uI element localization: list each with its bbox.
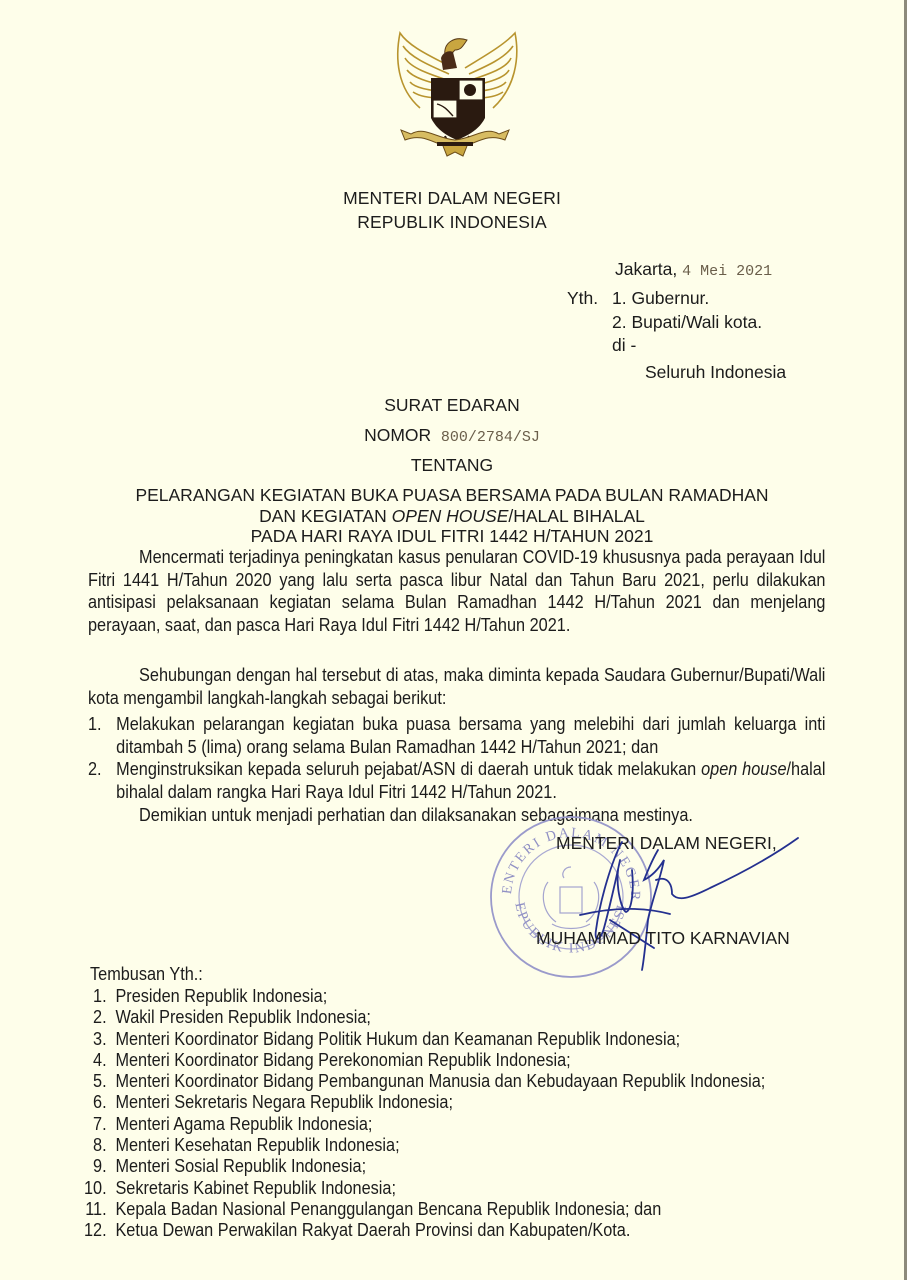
carbon-copy-number: 3. <box>82 1028 107 1049</box>
carbon-copy-item: 12.Ketua Dewan Perwakilan Rakyat Daerah … <box>82 1219 826 1240</box>
step-item: 1. Melakukan pelarangan kegiatan buka pu… <box>88 713 825 758</box>
body-paragraph-1-text: Mencermati terjadinya peningkatan kasus … <box>88 546 825 635</box>
document-type: SURAT EDARAN <box>0 395 904 416</box>
carbon-copy-item: 1.Presiden Republik Indonesia; <box>82 985 826 1006</box>
number-label: NOMOR <box>364 425 431 445</box>
carbon-copy-text: Menteri Sekretaris Negara Republik Indon… <box>115 1091 453 1112</box>
carbon-copy-number: 5. <box>82 1070 107 1091</box>
body-paragraph-2-text: Sehubungan dengan hal tersebut di atas, … <box>88 664 825 708</box>
step-text: Melakukan pelarangan kegiatan buka puasa… <box>116 713 825 757</box>
carbon-copy-text: Menteri Sosial Republik Indonesia; <box>115 1155 366 1176</box>
body-paragraph-2: Sehubungan dengan hal tersebut di atas, … <box>88 664 825 709</box>
garuda-emblem-icon <box>375 28 535 163</box>
carbon-copy-item: 3.Menteri Koordinator Bidang Politik Huk… <box>82 1028 826 1049</box>
carbon-copy-item: 11.Kepala Badan Nasional Penanggulangan … <box>82 1198 826 1219</box>
carbon-copy-number: 6. <box>82 1091 107 1112</box>
carbon-copy-number: 12. <box>82 1219 107 1240</box>
step-number: 1. <box>88 713 102 736</box>
addressee-di: di - <box>612 335 636 356</box>
subject-line2-pre: DAN KEGIATAN <box>259 506 392 526</box>
carbon-copy-text: Menteri Koordinator Bidang Pembangunan M… <box>115 1070 765 1091</box>
closing-paragraph: Demikian untuk menjadi perhatian dan dil… <box>88 804 825 827</box>
carbon-copy-label: Tembusan Yth.: <box>90 963 203 985</box>
carbon-copy-text: Menteri Kesehatan Republik Indonesia; <box>115 1134 399 1155</box>
addressee-item-2: 2. Bupati/Wali kota. <box>612 312 762 333</box>
subject-line1: PELARANGAN KEGIATAN BUKA PUASA BERSAMA P… <box>0 485 904 505</box>
carbon-copy-item: 9.Menteri Sosial Republik Indonesia; <box>82 1155 826 1176</box>
step-text-italic: open house <box>701 758 786 779</box>
carbon-copy-text: Wakil Presiden Republik Indonesia; <box>115 1006 370 1027</box>
carbon-copy-item: 5.Menteri Koordinator Bidang Pembangunan… <box>82 1070 826 1091</box>
carbon-copy-number: 11. <box>82 1198 107 1219</box>
carbon-copy-number: 7. <box>82 1113 107 1134</box>
carbon-copy-item: 8.Menteri Kesehatan Republik Indonesia; <box>82 1134 826 1155</box>
letter-page: MENTERI DALAM NEGERI REPUBLIK INDONESIA … <box>0 0 907 1280</box>
letterhead-line2: REPUBLIK INDONESIA <box>0 212 904 233</box>
addressee-location: Seluruh Indonesia <box>645 362 786 383</box>
carbon-copy-item: 7.Menteri Agama Republik Indonesia; <box>82 1113 826 1134</box>
body-paragraph-1: Mencermati terjadinya peningkatan kasus … <box>88 546 825 636</box>
carbon-copy-number: 4. <box>82 1049 107 1070</box>
carbon-copy-text: Menteri Koordinator Bidang Perekonomian … <box>115 1049 570 1070</box>
number-value: 800/2784/SJ <box>441 429 540 446</box>
handwritten-signature-icon <box>560 830 820 980</box>
step-number: 2. <box>88 758 102 781</box>
carbon-copy-number: 8. <box>82 1134 107 1155</box>
carbon-copy-item: 2.Wakil Presiden Republik Indonesia; <box>82 1006 826 1027</box>
letterhead-line1: MENTERI DALAM NEGERI <box>0 188 904 209</box>
carbon-copy-text: Presiden Republik Indonesia; <box>115 985 327 1006</box>
steps-list: 1. Melakukan pelarangan kegiatan buka pu… <box>88 713 825 803</box>
addressee-item-1: 1. Gubernur. <box>612 288 709 309</box>
step-text-pre: Menginstruksikan kepada seluruh pejabat/… <box>116 758 701 779</box>
carbon-copy-number: 9. <box>82 1155 107 1176</box>
carbon-copy-list: 1.Presiden Republik Indonesia;2.Wakil Pr… <box>82 985 826 1241</box>
signatory-name: MUHAMMAD TITO KARNAVIAN <box>536 928 790 949</box>
about-label: TENTANG <box>0 455 904 476</box>
subject-line3: PADA HARI RAYA IDUL FITRI 1442 H/TAHUN 2… <box>0 526 904 546</box>
carbon-copy-text: Sekretaris Kabinet Republik Indonesia; <box>115 1177 396 1198</box>
subject-line2-italic: OPEN HOUSE <box>392 506 509 526</box>
carbon-copy-text: Ketua Dewan Perwakilan Rakyat Daerah Pro… <box>115 1219 630 1240</box>
addressee-label: Yth. <box>567 288 598 309</box>
step-item: 2. Menginstruksikan kepada seluruh pejab… <box>88 758 825 803</box>
carbon-copy-text: Menteri Koordinator Bidang Politik Hukum… <box>115 1028 680 1049</box>
date: 4 Mei 2021 <box>682 263 772 280</box>
carbon-copy-number: 10. <box>82 1177 107 1198</box>
carbon-copy-number: 2. <box>82 1006 107 1027</box>
subject-line2-post: /HALAL BIHALAL <box>508 506 645 526</box>
carbon-copy-text: Menteri Agama Republik Indonesia; <box>115 1113 372 1134</box>
carbon-copy-item: 10.Sekretaris Kabinet Republik Indonesia… <box>82 1177 826 1198</box>
place: Jakarta, <box>615 259 677 279</box>
subject-line2: DAN KEGIATAN OPEN HOUSE/HALAL BIHALAL <box>0 506 904 526</box>
place-date: Jakarta, 4 Mei 2021 <box>615 259 772 280</box>
carbon-copy-item: 6.Menteri Sekretaris Negara Republik Ind… <box>82 1091 826 1112</box>
carbon-copy-item: 4.Menteri Koordinator Bidang Perekonomia… <box>82 1049 826 1070</box>
carbon-copy-text: Kepala Badan Nasional Penanggulangan Ben… <box>115 1198 661 1219</box>
document-number: NOMOR 800/2784/SJ <box>0 425 904 446</box>
carbon-copy-number: 1. <box>82 985 107 1006</box>
